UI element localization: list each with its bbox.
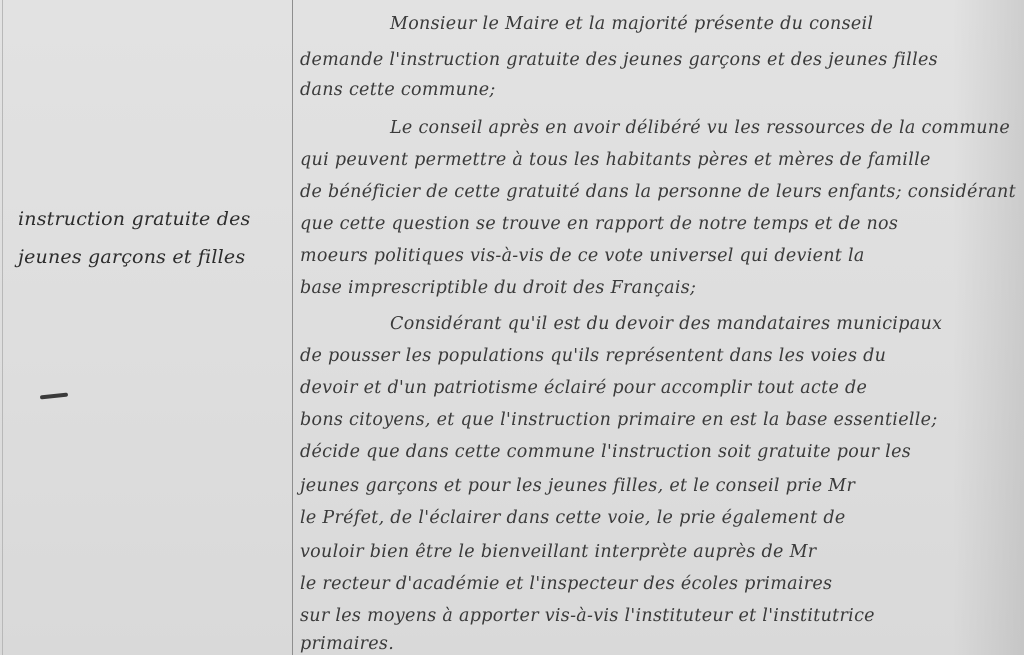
- text-line: de bénéficier de cette gratuité dans la …: [300, 182, 1016, 202]
- text-line: dans cette commune;: [300, 80, 496, 100]
- text-line: le recteur d'académie et l'inspecteur de…: [300, 574, 832, 594]
- text-line: bons citoyens, et que l'instruction prim…: [300, 410, 938, 430]
- margin-note: instruction gratuite des jeunes garçons …: [18, 200, 278, 276]
- text-line: jeunes garçons et pour les jeunes filles…: [300, 476, 855, 496]
- margin-dash-mark: [40, 393, 68, 400]
- margin-note-line: jeunes garçons et filles: [18, 238, 278, 276]
- text-line: Le conseil après en avoir délibéré vu le…: [300, 118, 1010, 138]
- text-line: qui peuvent permettre à tous les habitan…: [300, 150, 931, 170]
- text-line: vouloir bien être le bienveillant interp…: [300, 542, 816, 562]
- text-line: devoir et d'un patriotisme éclairé pour …: [300, 378, 867, 398]
- page-left-edge: [2, 0, 3, 655]
- text-line: décide que dans cette commune l'instruct…: [300, 442, 911, 462]
- text-line: le Préfet, de l'éclairer dans cette voie…: [300, 508, 846, 528]
- text-line: que cette question se trouve en rapport …: [300, 214, 898, 234]
- text-line: base imprescriptible du droit des França…: [300, 278, 696, 298]
- margin-note-line: instruction gratuite des: [18, 200, 278, 238]
- text-line: primaires.: [300, 634, 394, 654]
- text-line: moeurs politiques vis-à-vis de ce vote u…: [300, 246, 865, 266]
- text-line: sur les moyens à apporter vis-à-vis l'in…: [300, 606, 875, 626]
- text-line: Considérant qu'il est du devoir des mand…: [300, 314, 942, 334]
- text-line: de pousser les populations qu'ils représ…: [300, 346, 886, 366]
- register-page: instruction gratuite des jeunes garçons …: [0, 0, 1024, 655]
- text-line: demande l'instruction gratuite des jeune…: [300, 50, 938, 70]
- text-line: Monsieur le Maire et la majorité présent…: [300, 14, 873, 34]
- margin-rule: [292, 0, 293, 655]
